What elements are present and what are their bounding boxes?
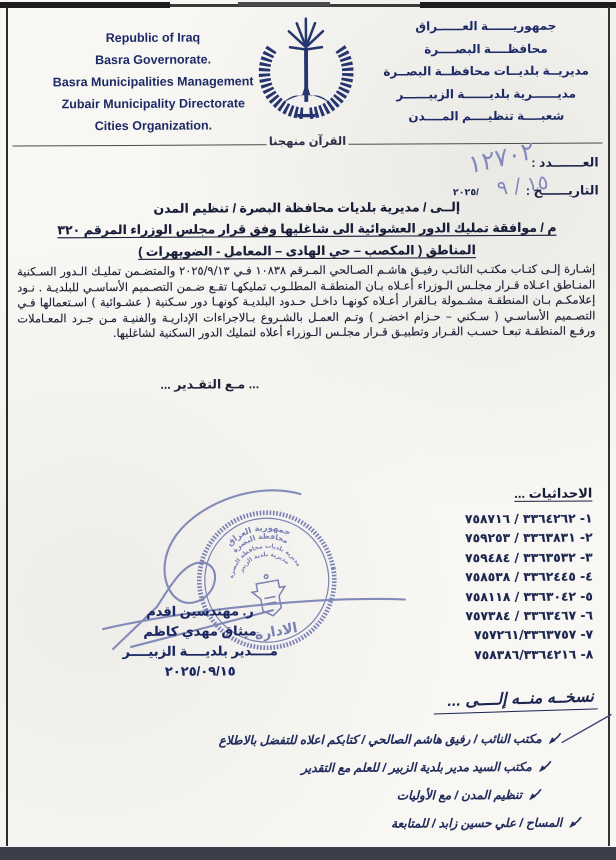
cc-item: مكتب النائب / رفيق هاشم الصالحي / كتابكم…	[22, 729, 562, 751]
letter-content: Republic of IraqBasra Governorate.Basra …	[0, 0, 616, 860]
letterhead-english-line: Basra Governorate.	[38, 48, 268, 71]
cc-item: تنظيم المدن / مع الأوليات	[22, 785, 542, 807]
letterhead-english-line: Republic of Iraq	[38, 26, 268, 49]
letterhead-arabic-line: جمهوريــــــة العــــــراق	[372, 14, 600, 38]
letterhead-arabic-line: مديــــــرية بلديــــــة الزبيــــــر	[372, 82, 600, 106]
coordinate-row: ٧٥٨٣٨٦/٣٣٦٤٢١٦ -٨	[466, 647, 594, 667]
coordinate-value: ٧٥٨٥٣٨ / ٣٣٦٢٤٤٥ -٤	[465, 570, 593, 585]
coordinate-row: ٧٥٧٣٨٤ / ٣٣٦٣٤٦٧ -٦	[465, 608, 593, 628]
letter-body: إشـارة إلـى كتـاب مكتـب النائـب رفيـق ها…	[17, 261, 595, 342]
coordinate-row: ٧٥٩٤٨٤ / ٣٣٦٣٥٣٢ -٣	[465, 550, 593, 570]
coordinate-value: ٧٥٨٣٨٦/٣٣٦٤٢١٦ -٨	[474, 647, 593, 662]
letterhead-english-line: Zubair Municipality Directorate	[38, 92, 268, 115]
cc-title: نسخــه منــه إلــــى ...	[433, 686, 598, 714]
signature-line: ر. مهندسين اقدم	[85, 601, 315, 622]
coordinate-row: ٧٥٨٥٣٨ / ٣٣٦٢٤٤٥ -٤	[465, 570, 593, 590]
signature-block: ر. مهندسين اقدمميثاق مهدي كاظممــــدير ب…	[85, 601, 315, 682]
cc-item-text: تنظيم المدن / مع الأوليات	[397, 787, 522, 802]
letterhead-english: Republic of IraqBasra Governorate.Basra …	[38, 26, 269, 137]
signature-line: مــــدير بلديــــة الزبيــــر	[85, 641, 315, 662]
addressee-line: إلــى / مديرية بلديات محافظة البصرة / تن…	[0, 198, 615, 216]
arrow-bullet-icon	[529, 788, 542, 801]
letterhead-arabic-line: شعبــــة تنظيــــم المــــدن	[372, 104, 600, 128]
coordinate-row: ٧٥٨٧١٦ / ٣٣٦٤٢٦٢ -١	[465, 512, 593, 532]
signature-line: ميثاق مهدي كاظم	[85, 621, 315, 642]
arrow-bullet-icon	[539, 760, 552, 773]
municipality-emblem-icon	[248, 13, 365, 128]
ref-number-label: العـــــــدد :	[531, 154, 598, 169]
letterhead-english-line: Basra Municipalities Management	[38, 70, 268, 93]
coordinates-list: ٧٥٨٧١٦ / ٣٣٦٤٢٦٢ -١٧٥٩٢٥٣ / ٣٣٦٣٨٣١ -٢٧٥…	[465, 512, 593, 668]
ref-date-year-printed: ٢٠٢٥/	[453, 187, 479, 198]
coordinate-value: ٧٥٩٢٥٣ / ٣٣٦٣٨٣١ -٢	[465, 531, 593, 546]
coordinate-value: ٧٥٩٤٨٤ / ٣٣٦٣٥٣٢ -٣	[465, 550, 593, 565]
cc-item-text: مكتب السيد مدير بلدية الزبير / للعلم مع …	[301, 759, 532, 774]
divider-line	[12, 144, 266, 146]
cc-item-text: المساح / علي حسين زابد / للمتابعة	[391, 815, 562, 830]
areas-line: المناطق ( المكصب – حي الهادى – المعامل -…	[0, 241, 615, 259]
coordinates-title: الاحداثيات ...	[514, 486, 592, 502]
cc-item: مكتب السيد مدير بلدية الزبير / للعلم مع …	[22, 757, 552, 779]
arrow-bullet-icon	[569, 816, 582, 829]
letterhead-arabic-line: محافظــــة البصــــرة	[372, 37, 600, 61]
cc-item: المساح / علي حسين زابد / للمتابعة	[22, 813, 582, 835]
divider-line	[348, 142, 602, 144]
coordinate-value: ٧٥٨٧١٦ / ٣٣٦٤٢٦٢ -١	[465, 512, 593, 527]
coordinate-row: ٧٥٨١١٨ / ٣٣٦٣٠٤٢ -٥	[465, 589, 593, 609]
arrow-bullet-icon	[549, 732, 562, 745]
coordinate-row: ٧٥٧٢٦١/٣٣٦٣٧٥٧ -٧	[466, 628, 594, 648]
motto-text: القرآن منهجنا	[267, 134, 348, 148]
coordinate-value: ٧٥٧٣٨٤ / ٣٣٦٣٤٦٧ -٦	[465, 608, 593, 623]
coordinate-row: ٧٥٩٢٥٣ / ٣٣٦٣٨٣١ -٢	[465, 531, 593, 551]
scanned-letter-page: Republic of IraqBasra Governorate.Basra …	[0, 0, 616, 860]
letterhead-arabic-line: مديريــة بلديــات محافظــة البصــرة	[372, 59, 600, 83]
letterhead-arabic: جمهوريــــــة العــــــراقمحافظــــة الب…	[372, 14, 601, 128]
signature-line: ٢٠٢٥/٠٩/١٥	[85, 661, 315, 682]
cc-list: مكتب النائب / رفيق هاشم الصالحي / كتابكم…	[22, 729, 583, 844]
coordinate-value: ٧٥٧٢٦١/٣٣٦٣٧٥٧ -٧	[474, 628, 593, 643]
subject-line: م / موافقة تمليك الدور العشوائية الى شاغ…	[0, 219, 615, 237]
closing-salutation: ... مـع التقـدير ...	[60, 376, 360, 393]
cc-item-text: مكتب النائب / رفيق هاشم الصالحي / كتابكم…	[219, 731, 542, 747]
coordinate-value: ٧٥٨١١٨ / ٣٣٦٣٠٤٢ -٥	[465, 589, 593, 604]
